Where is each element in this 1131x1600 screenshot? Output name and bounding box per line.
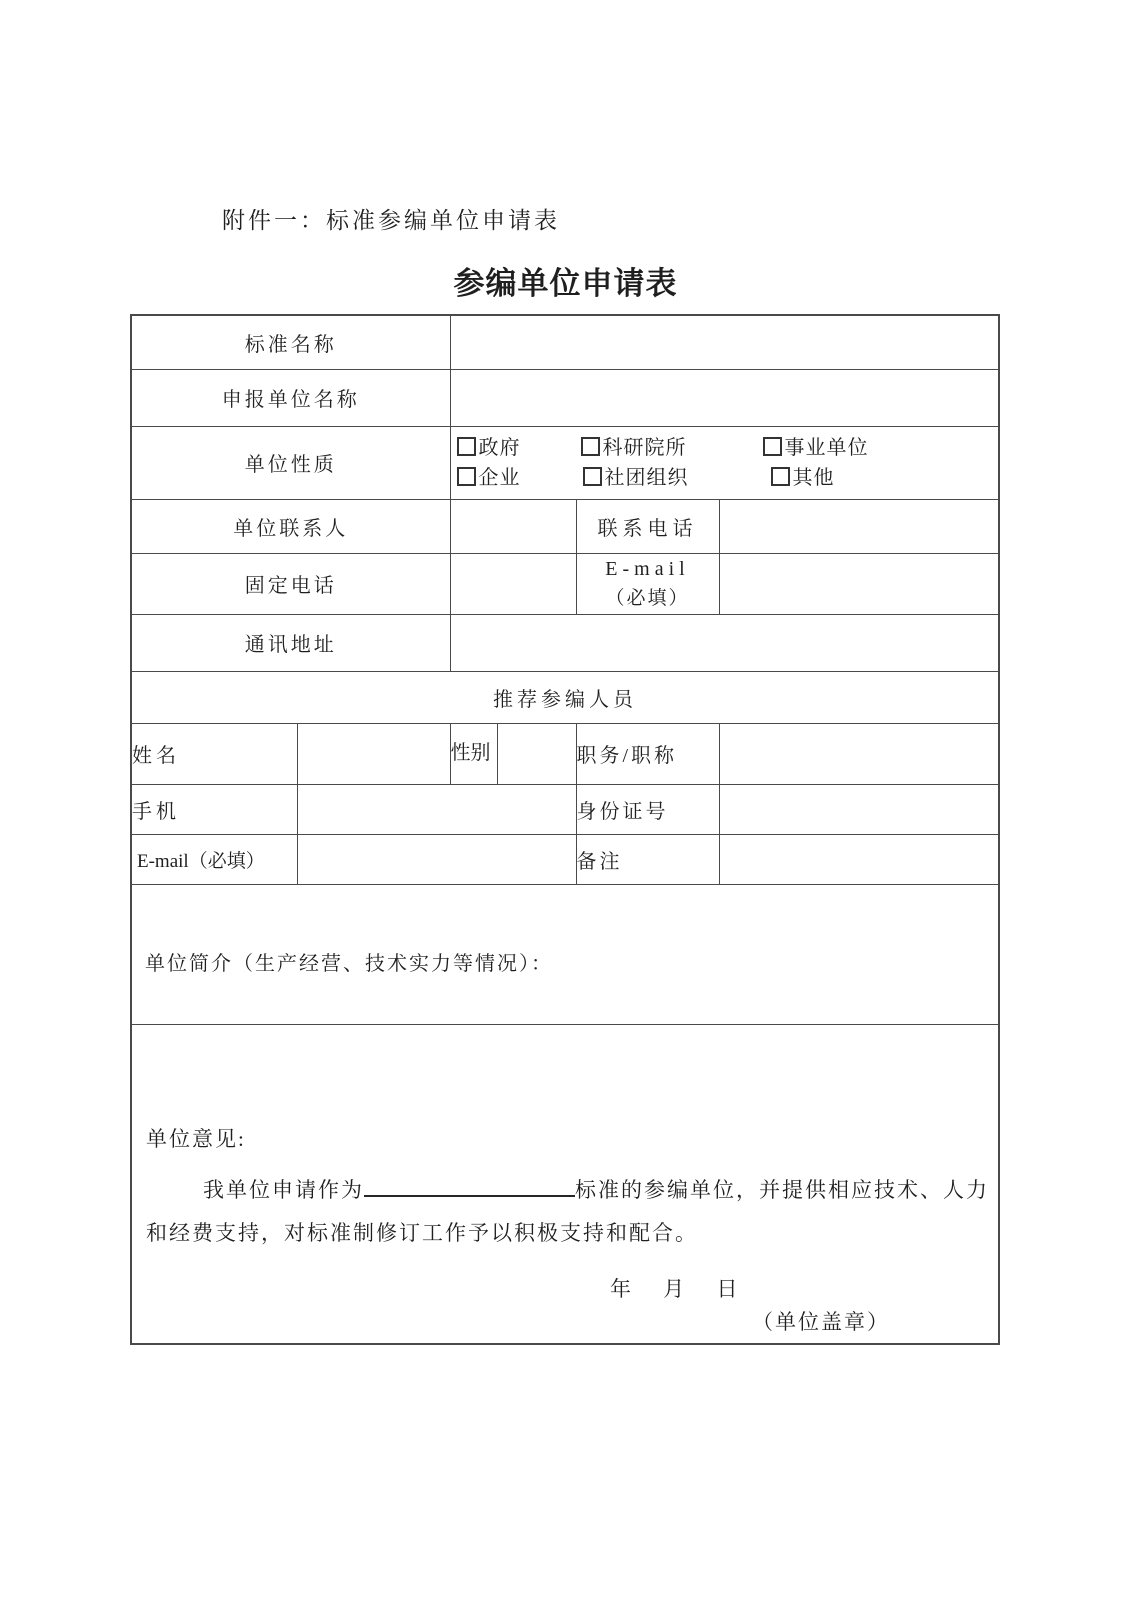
row-opinion: 单位意见: 我单位申请作为标准的参编单位，并提供相应技术、人力 和经费支持，对标… xyxy=(131,1024,999,1344)
option-social-organization[interactable]: 社团组织 xyxy=(583,463,771,493)
option-enterprise[interactable]: 企业 xyxy=(457,463,583,493)
option-research-institute[interactable]: 科研院所 xyxy=(581,433,763,463)
option-public-institution[interactable]: 事业单位 xyxy=(763,433,869,463)
mobile-label: 手机 xyxy=(131,784,297,834)
contact-phone-value[interactable] xyxy=(719,499,999,553)
email2-label: E-mail（必填） xyxy=(131,834,297,884)
standard-name-value[interactable] xyxy=(450,315,999,369)
option-label: 政府 xyxy=(479,437,521,459)
application-form-table: 标准名称 申报单位名称 单位性质 政府科研院所事业单位 企业社团组织其他 单位联… xyxy=(130,314,1000,1345)
remarks-label: 备注 xyxy=(576,834,719,884)
email-required-label-line2: （必填） xyxy=(577,583,719,610)
gender-label: 性别 xyxy=(450,723,497,784)
landline-label: 固定电话 xyxy=(131,553,450,614)
option-label: 社团组织 xyxy=(605,467,689,489)
opinion-line1: 我单位申请作为标准的参编单位，并提供相应技术、人力 xyxy=(146,1169,984,1212)
checkbox-unchecked-icon[interactable] xyxy=(457,467,476,486)
row-contact-person: 单位联系人 联系电话 xyxy=(131,499,999,553)
unit-nature-options-line1: 政府科研院所事业单位 xyxy=(457,433,999,463)
opinion-line2: 和经费支持，对标准制修订工作予以积极支持和配合。 xyxy=(146,1212,984,1255)
opinion-sentence-after-blank: 标准的参编单位，并提供相应技术、人力 xyxy=(575,1178,989,1202)
contact-phone-label: 联系电话 xyxy=(576,499,719,553)
position-title-label: 职务/职称 xyxy=(576,723,719,784)
position-title-value[interactable] xyxy=(719,723,999,784)
id-number-label: 身份证号 xyxy=(576,784,719,834)
date-line: 年 月 日 xyxy=(610,1273,738,1303)
standard-name-label: 标准名称 xyxy=(131,315,450,369)
address-value[interactable] xyxy=(450,614,999,671)
email-required-value[interactable] xyxy=(719,553,999,614)
standard-name-blank-underline[interactable] xyxy=(364,1174,575,1197)
option-label: 其他 xyxy=(793,467,835,489)
intro-cell[interactable]: 单位简介（生产经营、技术实力等情况）： xyxy=(131,884,999,1024)
checkbox-unchecked-icon[interactable] xyxy=(763,437,782,456)
row-intro: 单位简介（生产经营、技术实力等情况）： xyxy=(131,884,999,1024)
contact-person-label: 单位联系人 xyxy=(131,499,450,553)
email2-value[interactable] xyxy=(297,834,576,884)
intro-label: 单位简介（生产经营、技术实力等情况）： xyxy=(145,947,998,976)
row-recommend-header: 推荐参编人员 xyxy=(131,671,999,723)
page-title: 参编单位申请表 xyxy=(0,258,1131,303)
row-email2: E-mail（必填） 备注 xyxy=(131,834,999,884)
gender-value[interactable] xyxy=(497,723,576,784)
person-name-value[interactable] xyxy=(297,723,450,784)
row-person-name: 姓名 性别 职务/职称 xyxy=(131,723,999,784)
row-mobile: 手机 身份证号 xyxy=(131,784,999,834)
remarks-value[interactable] xyxy=(719,834,999,884)
checkbox-unchecked-icon[interactable] xyxy=(771,467,790,486)
person-name-label: 姓名 xyxy=(131,723,297,784)
row-landline: 固定电话 E-mail （必填） xyxy=(131,553,999,614)
unit-nature-options-line2: 企业社团组织其他 xyxy=(457,463,999,493)
checkbox-unchecked-icon[interactable] xyxy=(457,437,476,456)
email-required-label: E-mail （必填） xyxy=(576,553,719,614)
row-address: 通讯地址 xyxy=(131,614,999,671)
unit-nature-options: 政府科研院所事业单位 企业社团组织其他 xyxy=(450,426,999,499)
attachment-heading: 附件一：标准参编单位申请表 xyxy=(222,202,560,235)
form-page: 附件一：标准参编单位申请表 参编单位申请表 标准名称 申报单位名称 单位性质 政… xyxy=(0,0,1131,1600)
id-number-value[interactable] xyxy=(719,784,999,834)
row-unit-nature: 单位性质 政府科研院所事业单位 企业社团组织其他 xyxy=(131,426,999,499)
email-required-label-line1: E-mail xyxy=(577,558,719,581)
mobile-value[interactable] xyxy=(297,784,576,834)
row-standard-name: 标准名称 xyxy=(131,315,999,369)
option-label: 科研院所 xyxy=(603,437,687,459)
opinion-paragraph: 我单位申请作为标准的参编单位，并提供相应技术、人力 和经费支持，对标准制修订工作… xyxy=(146,1169,984,1255)
recommend-section-header: 推荐参编人员 xyxy=(131,671,999,723)
contact-person-value[interactable] xyxy=(450,499,576,553)
option-government[interactable]: 政府 xyxy=(457,433,581,463)
row-applicant-name: 申报单位名称 xyxy=(131,369,999,426)
checkbox-unchecked-icon[interactable] xyxy=(583,467,602,486)
opinion-label: 单位意见: xyxy=(146,1123,998,1153)
checkbox-unchecked-icon[interactable] xyxy=(581,437,600,456)
opinion-cell[interactable]: 单位意见: 我单位申请作为标准的参编单位，并提供相应技术、人力 和经费支持，对标… xyxy=(131,1024,999,1344)
opinion-sentence-prefix: 我单位申请作为 xyxy=(203,1178,364,1202)
applicant-name-label: 申报单位名称 xyxy=(131,369,450,426)
option-other[interactable]: 其他 xyxy=(771,463,835,493)
address-label: 通讯地址 xyxy=(131,614,450,671)
option-label: 事业单位 xyxy=(785,437,869,459)
unit-nature-label: 单位性质 xyxy=(131,426,450,499)
applicant-name-value[interactable] xyxy=(450,369,999,426)
option-label: 企业 xyxy=(479,467,521,489)
seal-line: （单位盖章） xyxy=(752,1306,890,1336)
landline-value[interactable] xyxy=(450,553,576,614)
